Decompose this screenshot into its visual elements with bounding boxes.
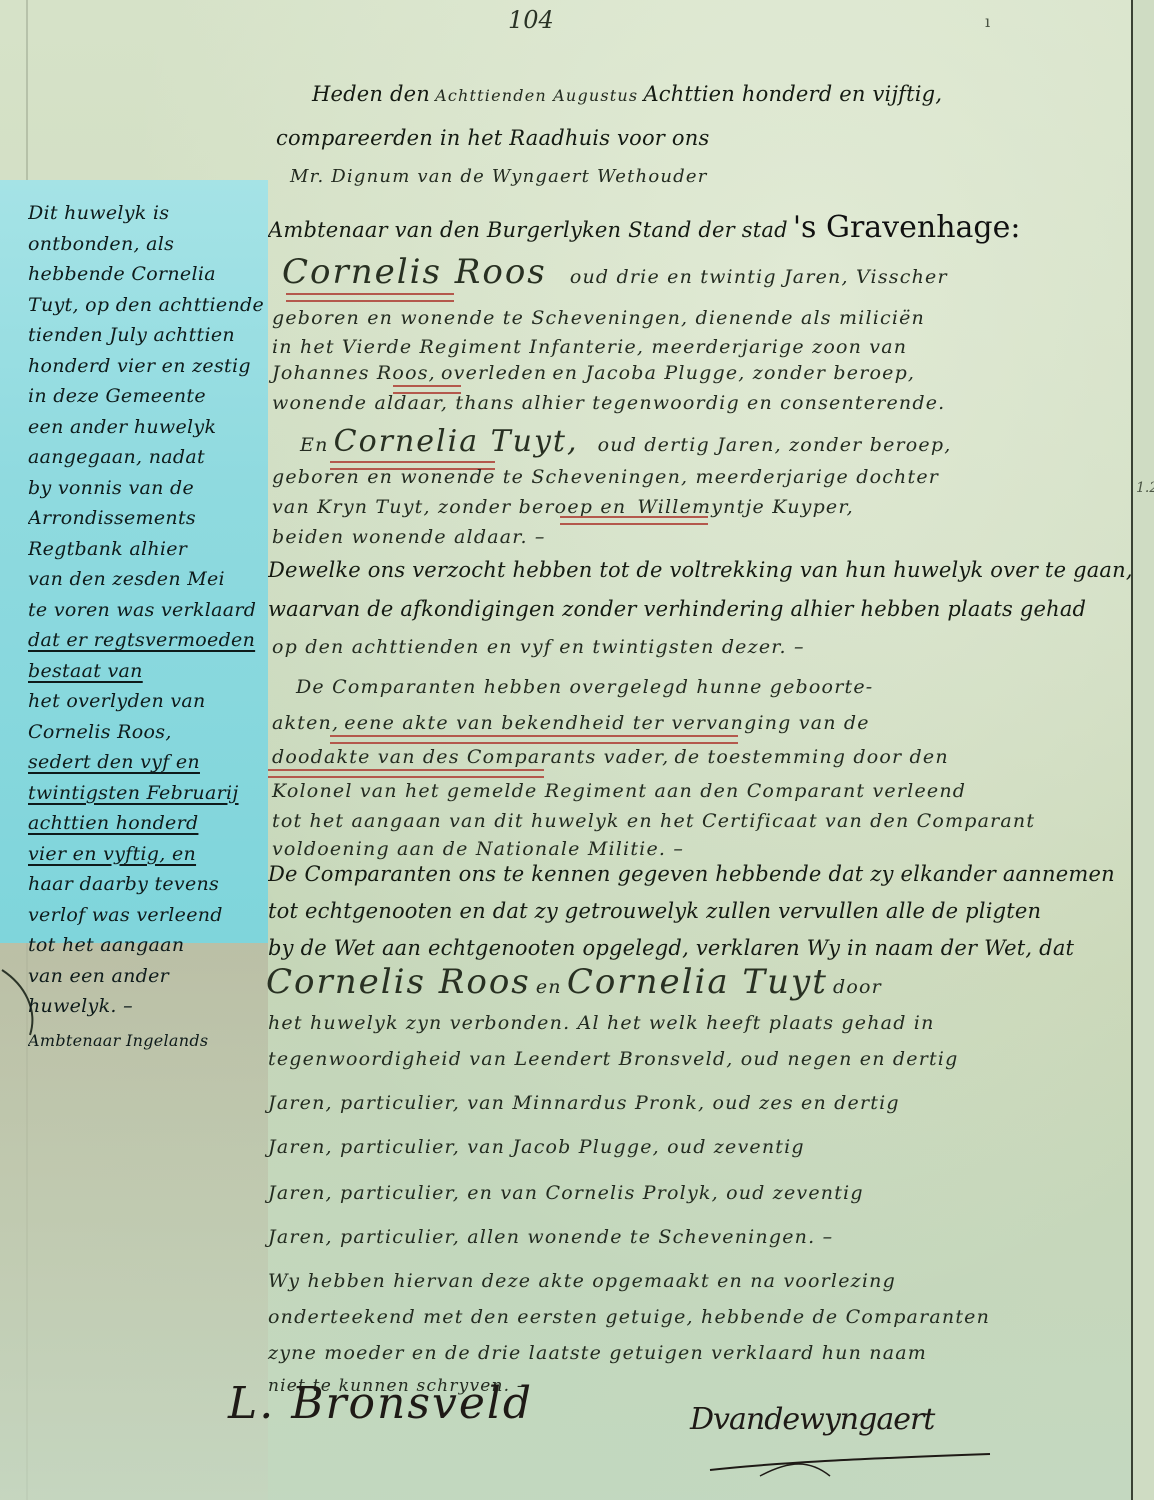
red-underline-doodakte bbox=[268, 769, 544, 778]
groom-name-repeat: Cornelis Roos bbox=[266, 962, 531, 1002]
header-line-4: Ambtenaar van den Burgerlyken Stand der … bbox=[268, 210, 1020, 245]
margin-line-underlined: dat er regtsvermoeden bbox=[28, 625, 264, 656]
margin-line: hebbende Cornelia bbox=[28, 259, 264, 290]
red-underline-bride-mother bbox=[560, 516, 708, 525]
groom-name: Cornelis Roos bbox=[282, 252, 547, 292]
handwritten-text: door bbox=[833, 976, 882, 998]
bride-father: van Kryn Tuyt, zonder beroep en bbox=[272, 496, 626, 518]
official-name: Mr. Dignum van de Wyngaert Wethouder bbox=[290, 166, 708, 187]
documents-line-1: De Comparanten hebben overgelegd hunne g… bbox=[296, 676, 873, 698]
closing-line-3: onderteekend met den eersten getuige, he… bbox=[268, 1306, 990, 1328]
margin-line: Dit huwelyk is bbox=[28, 198, 264, 229]
margin-line: van een ander bbox=[28, 961, 264, 992]
margin-line: een ander huwelyk bbox=[28, 412, 264, 443]
documents-line-6: voldoening aan de Nationale Militie. – bbox=[272, 838, 684, 860]
bride-details: oud dertig Jaren, zonder beroep, bbox=[598, 434, 952, 456]
groom-father: Johannes Roos, bbox=[272, 362, 436, 384]
margin-line: in deze Gemeente bbox=[28, 381, 264, 412]
closing-line-2: Wy hebben hiervan deze akte opgemaakt en… bbox=[268, 1270, 896, 1292]
groom-line-5: wonende aldaar, thans alhier tegenwoordi… bbox=[272, 392, 945, 414]
right-margin-mark: 1.2 bbox=[1136, 480, 1154, 496]
margin-line: Regtbank alhier bbox=[28, 534, 264, 565]
documents-line-3: doodakte van des Comparants vader, de to… bbox=[272, 746, 949, 768]
bride-name-repeat: Cornelia Tuyt bbox=[567, 962, 828, 1002]
margin-line-underlined: achttien honderd bbox=[28, 808, 264, 839]
adjacent-page-strip bbox=[1133, 0, 1154, 1500]
handwritten-date: Achttienden Augustus bbox=[435, 86, 638, 105]
margin-line: honderd vier en zestig bbox=[28, 351, 264, 382]
margin-line: verlof was verleend bbox=[28, 900, 264, 931]
handwritten-text: akten, bbox=[272, 712, 339, 734]
corner-tick-mark: ı bbox=[985, 12, 990, 31]
printed-line-declaration: by de Wet aan echtgenooten opgelegd, ver… bbox=[268, 936, 1074, 960]
handwritten-text: de toestemming door den bbox=[674, 746, 948, 768]
printed-line-banns: waarvan de afkondigingen zonder verhinde… bbox=[268, 597, 1086, 621]
margin-line: te voren was verklaard bbox=[28, 595, 264, 626]
bride-line-2: geboren en wonende te Scheveningen, meer… bbox=[272, 466, 939, 488]
bride-name: Cornelia Tuyt, bbox=[334, 424, 579, 459]
closing-line-4: zyne moeder en de drie laatste getuigen … bbox=[268, 1342, 927, 1364]
margin-line-underlined: bestaat van bbox=[28, 656, 264, 687]
header-line-1: Heden den Achttienden Augustus Achttien … bbox=[312, 82, 942, 106]
groom-details: oud drie en twintig Jaren, Visscher bbox=[570, 266, 948, 288]
margin-line: ontbonden, als bbox=[28, 229, 264, 260]
groom-line-1: Cornelis Roos oud drie en twintig Jaren,… bbox=[282, 252, 948, 292]
margin-line: tot het aangaan bbox=[28, 930, 264, 961]
margin-annotation-text: Dit huwelyk is ontbonden, als hebbende C… bbox=[28, 198, 264, 1056]
margin-line-underlined: vier en vyftig, en bbox=[28, 839, 264, 870]
printed-text: Heden den bbox=[312, 82, 430, 106]
city-name: 's Gravenhage: bbox=[793, 210, 1021, 245]
margin-annotation-highlight: Dit huwelyk is ontbonden, als hebbende C… bbox=[0, 180, 268, 943]
printed-line-duties: tot echtgenooten en dat zy getrouwelyk z… bbox=[268, 899, 1041, 923]
witness-line-4: Jaren, particulier, en van Cornelis Prol… bbox=[268, 1182, 864, 1204]
margin-line: aangegaan, nadat bbox=[28, 442, 264, 473]
witness-line-1: tegenwoordigheid van Leendert Bronsveld,… bbox=[268, 1048, 958, 1070]
banns-dates: op den achttienden en vyf en twintigsten… bbox=[272, 636, 805, 658]
groom-line-4: Johannes Roos, overleden en Jacoba Plugg… bbox=[272, 362, 915, 384]
margin-line: huwelyk. – bbox=[28, 991, 264, 1022]
handwritten-text: eene akte van bekendheid ter vervanging … bbox=[344, 712, 869, 734]
closing-line-1: het huwelyk zyn verbonden. Al het welk h… bbox=[268, 1012, 935, 1034]
witness-line-2: Jaren, particulier, van Minnardus Pronk,… bbox=[268, 1092, 900, 1114]
margin-line-underlined: twintigsten Februarij bbox=[28, 778, 264, 809]
page-number: 104 bbox=[508, 6, 554, 34]
header-line-2: compareerden in het Raadhuis voor ons bbox=[276, 126, 709, 150]
couple-names-line: Cornelis Roos en Cornelia Tuyt door bbox=[266, 962, 882, 1002]
bride-line-3: van Kryn Tuyt, zonder beroep en Willemyn… bbox=[272, 496, 854, 518]
margin-line: tienden July achttien bbox=[28, 320, 264, 351]
right-margin-rule bbox=[1131, 0, 1133, 1500]
deceased-note: overleden bbox=[441, 362, 547, 384]
groom-line-3: in het Vierde Regiment Infanterie, meerd… bbox=[272, 336, 907, 358]
documents-line-2: akten, eene akte van bekendheid ter verv… bbox=[272, 712, 870, 734]
groom-line-2: geboren en wonende te Scheveningen, dien… bbox=[272, 307, 925, 329]
printed-line-request: Dewelke ons verzocht hebben tot de voltr… bbox=[268, 558, 1133, 582]
signature-flourish bbox=[700, 1440, 1000, 1480]
printed-text: Achttien honderd en vijftig, bbox=[643, 82, 942, 106]
margin-line: haar daarby tevens bbox=[28, 869, 264, 900]
red-underline-groom bbox=[286, 293, 454, 302]
margin-line: Tuyt, op den achttienden bbox=[28, 290, 264, 321]
official-signature: Dvandewyngaert bbox=[690, 1402, 934, 1437]
witness-line-3: Jaren, particulier, van Jacob Plugge, ou… bbox=[268, 1136, 805, 1158]
margin-line: by vonnis van de bbox=[28, 473, 264, 504]
bride-mother: Willemyntje Kuyper, bbox=[637, 496, 853, 518]
witness-signature: L. Bronsveld bbox=[228, 1378, 533, 1429]
red-underline-akte bbox=[330, 735, 738, 744]
bride-line-1: En Cornelia Tuyt, oud dertig Jaren, zond… bbox=[300, 424, 951, 459]
margin-line: het overlyden van bbox=[28, 686, 264, 717]
document-scan: 104 ı 1.2 Heden den Achttienden Augustus… bbox=[0, 0, 1154, 1500]
groom-mother: en Jacoba Plugge, zonder beroep, bbox=[552, 362, 915, 384]
margin-line-underlined: sedert den vyf en bbox=[28, 747, 264, 778]
margin-line: van den zesden Mei bbox=[28, 564, 264, 595]
margin-annotation-signature: Ambtenaar Ingelands bbox=[28, 1026, 264, 1057]
documents-line-4: Kolonel van het gemelde Regiment aan den… bbox=[272, 780, 966, 802]
handwritten-text: doodakte van des Comparants vader, bbox=[272, 746, 669, 768]
printed-text: Ambtenaar van den Burgerlyken Stand der … bbox=[268, 218, 788, 242]
printed-line-consent: De Comparanten ons te kennen gegeven heb… bbox=[268, 862, 1115, 886]
bride-line-4: beiden wonende aldaar. – bbox=[272, 526, 546, 548]
bride-prefix: En bbox=[300, 434, 329, 456]
and-word: en bbox=[536, 976, 562, 998]
documents-line-5: tot het aangaan van dit huwelyk en het C… bbox=[272, 810, 1035, 832]
margin-line: Arrondissements bbox=[28, 503, 264, 534]
margin-line: Cornelis Roos, bbox=[28, 717, 264, 748]
witness-line-5: Jaren, particulier, allen wonende te Sch… bbox=[268, 1226, 833, 1248]
